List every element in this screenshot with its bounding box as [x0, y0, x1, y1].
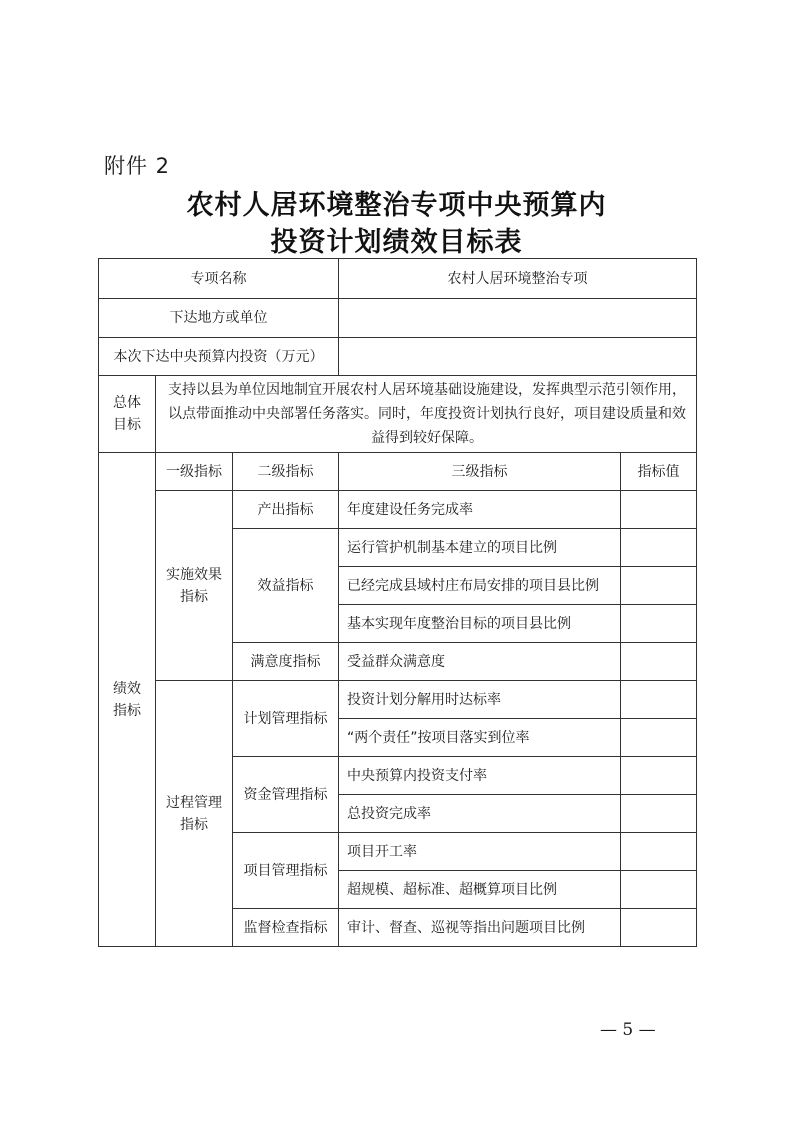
investment-label: 本次下达中央预算内投资（万元） — [99, 338, 339, 376]
header-level1: 一级指标 — [156, 453, 233, 491]
overall-goal-row: 总体 目标 支持以县为单位因地制宜开展农村人居环境基础设施建设，发挥典型示范引领… — [99, 376, 697, 453]
indicator-value-cell[interactable] — [621, 795, 697, 833]
overall-goal-label: 总体 目标 — [99, 376, 156, 453]
attachment-label: 附件 2 — [104, 150, 170, 180]
performance-target-table: 专项名称 农村人居环境整治专项 下达地方或单位 本次下达中央预算内投资（万元） … — [98, 258, 697, 947]
level3-item: 受益群众满意度 — [339, 643, 621, 681]
level3-item: 项目开工率 — [339, 833, 621, 871]
level3-item: 基本实现年度整治目标的项目县比例 — [339, 605, 621, 643]
header-value: 指标值 — [621, 453, 697, 491]
level2-fund-management: 资金管理指标 — [233, 757, 339, 833]
recipient-label: 下达地方或单位 — [99, 299, 339, 338]
document-title-line2: 投资计划绩效目标表 — [0, 220, 793, 259]
indicator-value-cell[interactable] — [621, 681, 697, 719]
recipient-value[interactable] — [339, 299, 697, 338]
level1-line2: 指标 — [156, 586, 232, 608]
performance-label: 绩效 指标 — [99, 453, 156, 947]
document-title-line1: 农村人居环境整治专项中央预算内 — [0, 183, 793, 222]
level1-process-management: 过程管理 指标 — [156, 681, 233, 947]
level3-item: 运行管护机制基本建立的项目比例 — [339, 529, 621, 567]
investment-row: 本次下达中央预算内投资（万元） — [99, 338, 697, 376]
header-level2: 二级指标 — [233, 453, 339, 491]
indicator-value-cell[interactable] — [621, 529, 697, 567]
level3-item: 年度建设任务完成率 — [339, 491, 621, 529]
investment-value[interactable] — [339, 338, 697, 376]
level2-benefit: 效益指标 — [233, 529, 339, 643]
level3-item: 超规模、超标准、超概算项目比例 — [339, 871, 621, 909]
indicator-value-cell[interactable] — [621, 757, 697, 795]
level3-item: “两个责任”按项目落实到位率 — [339, 719, 621, 757]
performance-label-line1: 绩效 — [99, 678, 155, 700]
level2-project-management: 项目管理指标 — [233, 833, 339, 909]
level1-implementation-effect: 实施效果 指标 — [156, 491, 233, 681]
table-row: 实施效果 指标 产出指标 年度建设任务完成率 — [99, 491, 697, 529]
level1-line1: 过程管理 — [156, 792, 232, 814]
page-number: — 5 — — [600, 1020, 656, 1040]
level1-line2: 指标 — [156, 814, 232, 836]
indicator-value-cell[interactable] — [621, 909, 697, 947]
indicator-value-cell[interactable] — [621, 871, 697, 909]
indicator-value-cell[interactable] — [621, 719, 697, 757]
indicator-header-row: 绩效 指标 一级指标 二级指标 三级指标 指标值 — [99, 453, 697, 491]
level3-item: 已经完成县域村庄布局安排的项目县比例 — [339, 567, 621, 605]
level3-item: 中央预算内投资支付率 — [339, 757, 621, 795]
project-name-value: 农村人居环境整治专项 — [339, 259, 697, 299]
table-row: 过程管理 指标 计划管理指标 投资计划分解用时达标率 — [99, 681, 697, 719]
indicator-value-cell[interactable] — [621, 643, 697, 681]
level1-line1: 实施效果 — [156, 564, 232, 586]
header-level3: 三级指标 — [339, 453, 621, 491]
level3-item: 总投资完成率 — [339, 795, 621, 833]
overall-goal-text: 支持以县为单位因地制宜开展农村人居环境基础设施建设，发挥典型示范引领作用，以点带… — [156, 376, 697, 453]
level3-item: 投资计划分解用时达标率 — [339, 681, 621, 719]
overall-goal-label-line1: 总体 — [99, 392, 155, 414]
level3-item: 审计、督查、巡视等指出问题项目比例 — [339, 909, 621, 947]
indicator-value-cell[interactable] — [621, 605, 697, 643]
overall-goal-label-line2: 目标 — [99, 414, 155, 436]
indicator-value-cell[interactable] — [621, 491, 697, 529]
recipient-row: 下达地方或单位 — [99, 299, 697, 338]
level2-plan-management: 计划管理指标 — [233, 681, 339, 757]
project-name-row: 专项名称 农村人居环境整治专项 — [99, 259, 697, 299]
performance-label-line2: 指标 — [99, 700, 155, 722]
indicator-value-cell[interactable] — [621, 833, 697, 871]
indicator-value-cell[interactable] — [621, 567, 697, 605]
project-name-label: 专项名称 — [99, 259, 339, 299]
level2-output: 产出指标 — [233, 491, 339, 529]
level2-supervision: 监督检查指标 — [233, 909, 339, 947]
level2-satisfaction: 满意度指标 — [233, 643, 339, 681]
